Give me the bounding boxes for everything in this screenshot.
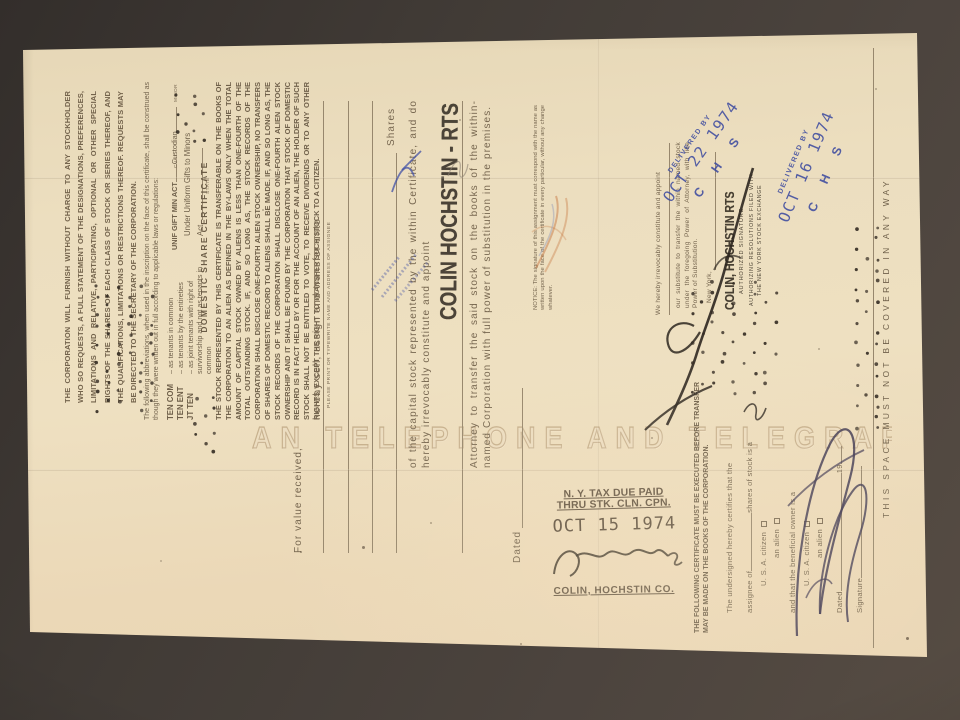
year-blank [833,446,842,464]
dated-label: Dated [835,591,844,613]
sell-assign-transfer-line: hereby sell, assign and transfer unto [312,218,323,420]
certification-dated-row: Dated19 [833,446,844,613]
for-value-received-label: For value received, [293,447,304,553]
usa-citizen-checkbox-2 [804,521,810,527]
alien-row-1: an alien [772,518,781,558]
year-prefix: 19 [835,464,844,473]
attorney-transfer-line: Attorney to transfer the said stock on t… [468,100,494,468]
photo-of-stock-certificate-back: AN TELEPHONE AND TELEGRAPH COMPAN THE CO… [0,0,960,720]
minor-blank [168,107,177,131]
dated-blank [833,473,842,591]
alien-row-2: an alien [815,518,824,558]
certificate-back-document: THE CORPORATION WILL FURNISH WITHOUT CHA… [25,48,905,648]
certification-signature-row: Signature [853,466,864,613]
usa-citizen-row-2: U. S. A. citizen [802,521,811,586]
shares-count-blank [743,513,752,571]
shares-label: Shares [386,108,397,146]
tax-stamp-line-2: THRU STK. CLN. CPN. [548,497,680,512]
abbr-code: TEN ENT [176,374,185,420]
alien-transfer-paragraph: THE STOCK REPRESENTED BY THIS CERTIFICAT… [214,82,322,420]
assignee-shares-line: assignee ofshares of stock is a [743,442,754,613]
under-uniform-gifts-line: Under Uniform Gifts to Minors [183,133,192,236]
paper-speck [906,637,909,640]
abbr-meaning: – as tenants by the entireties [176,252,185,374]
assignment-rule-2 [348,101,349,553]
bottom-margin-rule [873,48,874,648]
certificate-paper: AN TELEPHONE AND TELEGRAPH COMPAN THE CO… [0,0,960,720]
new-york-label: New York, [706,271,713,303]
attorney-name-stamp: COLIN HOCHSTIN - RTS [435,103,464,320]
unif-label: UNIF GIFT MIN ACT [170,182,179,250]
signature-blank [853,466,862,578]
space-not-covered-line: THIS SPACE MUST NOT BE COVERED IN ANY WA… [881,138,891,558]
assignment-rule-1 [323,101,324,553]
unif-gift-min-act-block: UNIF GIFT MIN ACTCustodian CUST MINOR Un… [164,80,182,250]
firm-name-stamp: COLIN, HOCHSTIN CO. [548,584,680,597]
capital-stock-line: of the capital stock represented by the … [407,100,433,468]
cust-sublabel: CUST [174,153,179,168]
assignee-caption: PLEASE PRINT OR TYPEWRITE NAME AND ADDRE… [327,222,332,408]
appoint-rule [462,101,463,553]
firm-signature-stamp: COLIN, HOCHSTIN RTS [723,191,737,310]
dated-blank [522,388,523,528]
domestic-share-certificate-heading: DOMESTIC SHARE CERTIFICATE [199,81,209,413]
an-alien-label: an alien [772,529,781,558]
signature-notice: NOTICE: The signature of this assignment… [533,105,555,310]
shares-is-label: shares of stock is a [745,442,754,513]
usa-citizen-label: U. S. A. citizen [802,532,811,586]
resolutions-line-1: AUTHORIZING RESOLUTIONS FILED WITH [749,174,755,306]
certification-heading: THE FOLLOWING CERTIFICATE MUST BE EXECUT… [693,381,711,633]
abbreviations-intro: The following abbreviations, when used i… [143,82,161,420]
abbr-code: TEN COM [166,374,175,420]
ny-tax-paid-stamp: N. Y. TAX DUE PAID THRU STK. CLN. CPN. O… [547,486,680,537]
usa-citizen-row-1: U. S. A. citizen [759,521,768,586]
minor-sublabel: MINOR [174,84,179,102]
beneficial-owner-line: and that the beneficial owner is a [788,492,797,613]
assignee-of-label: assignee of [745,571,754,613]
dated-label: Dated [512,531,523,563]
abbr-meaning: – as tenants in common [166,252,175,374]
an-alien-label: an alien [815,529,824,558]
assignment-rule-3 [372,101,373,553]
abbr-code: JT TEN [186,374,195,420]
an-alien-checkbox-1 [774,518,780,524]
signature-label: Signature [855,578,864,613]
assignment-rule-4 [396,153,397,553]
authorized-signature-label: AUTHORIZED SIGNATURE [739,208,745,294]
tax-stamp-date: OCT 15 1974 [548,513,681,537]
an-alien-checkbox-2 [817,518,823,524]
undersigned-line: The undersigned hereby certifies that th… [725,463,734,613]
usa-citizen-checkbox-1 [761,521,767,527]
usa-citizen-label: U. S. A. citizen [759,532,768,586]
furnish-legend-paragraph: THE CORPORATION WILL FURNISH WITHOUT CHA… [61,91,140,403]
